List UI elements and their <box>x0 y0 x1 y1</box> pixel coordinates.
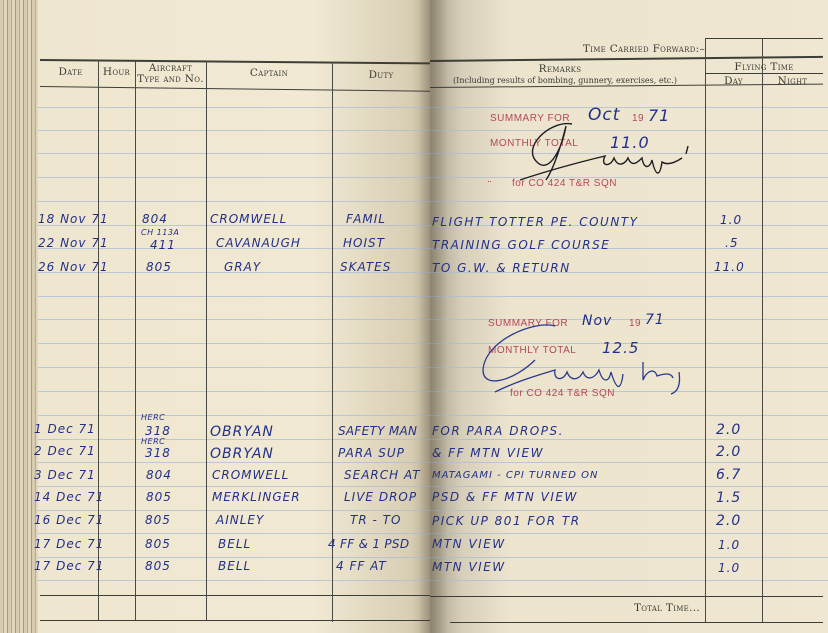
header-captain: Captain <box>206 68 332 79</box>
book-gutter <box>418 0 448 633</box>
rule-line <box>38 486 430 487</box>
entry-captain: CAVANAUGH <box>216 236 301 250</box>
entry-aircraft-no: 804 <box>142 212 168 226</box>
rule-line <box>430 533 828 534</box>
rule-line <box>430 439 828 440</box>
entry-duty: 4 FF & 1 PSD <box>328 537 409 551</box>
rule-line <box>38 557 430 558</box>
signature-icon <box>510 118 710 198</box>
header-hour: Hour <box>98 67 135 78</box>
rule-line <box>38 533 430 534</box>
entry-remarks: FOR PARA DROPS. <box>432 424 564 438</box>
rule-line <box>38 130 430 131</box>
entry-day-time: 11.0 <box>714 260 745 274</box>
entry-aircraft-no: 318 <box>145 446 171 460</box>
col-divider <box>98 60 99 620</box>
rule-line <box>38 580 430 581</box>
rule-line <box>38 153 430 154</box>
rule-line <box>38 177 430 178</box>
entry-date: 18 Nov 71 <box>38 212 109 226</box>
entry-date: 17 Dec 71 <box>34 537 104 551</box>
entry-remarks: TRAINING GOLF COURSE <box>432 238 610 252</box>
entry-day-time: .5 <box>725 236 738 250</box>
entry-day-time: 2.0 <box>716 513 741 529</box>
entry-remarks: & FF MTN VIEW <box>432 446 544 460</box>
entry-captain: OBRYAN <box>210 424 274 440</box>
entry-date: 17 Dec 71 <box>34 559 104 573</box>
col-divider <box>135 60 136 620</box>
entry-remarks: MATAGAMI - CPI TURNED ON <box>432 470 598 481</box>
entry-date: 22 Nov 71 <box>38 236 109 250</box>
footer-bottom-border <box>450 622 823 623</box>
header-remarks-sub: (Including results of bombing, gunnery, … <box>445 75 685 86</box>
entry-remarks: PSD & FF MTN VIEW <box>432 490 578 504</box>
entry-captain: BELL <box>218 559 251 573</box>
entry-duty: TR - TO <box>350 513 401 527</box>
header-date: Date <box>43 67 98 78</box>
rule-line <box>430 580 828 581</box>
rule-line <box>38 296 430 297</box>
time-carried-forward-label: Time Carried Forward:– <box>540 44 705 55</box>
entry-duty: SEARCH AT <box>344 468 421 482</box>
left-page: Date Hour Aircraft Type and No. Captain … <box>38 0 430 633</box>
entry-day-time: 1.5 <box>716 490 741 506</box>
rule-line <box>430 296 828 297</box>
header-day: Day <box>705 76 762 87</box>
entry-captain: GRAY <box>224 260 261 274</box>
entry-aircraft-no: 805 <box>145 513 171 527</box>
header-aircraft-sub: Type and No. <box>135 74 206 85</box>
entry-day-time: 1.0 <box>718 538 740 552</box>
entry-captain: CROMWELL <box>212 468 289 482</box>
flying-time-divider <box>705 73 823 74</box>
entry-date: 26 Nov 71 <box>38 260 109 274</box>
entry-aircraft-type: CH 113A <box>141 228 179 237</box>
footer-border <box>430 596 823 597</box>
entry-duty: LIVE DROP <box>344 490 417 504</box>
rule-line <box>38 343 430 344</box>
entry-captain: AINLEY <box>216 513 264 527</box>
rule-line <box>430 107 828 108</box>
rule-line <box>430 510 828 511</box>
rule-line <box>38 391 430 392</box>
rule-line <box>38 201 430 202</box>
col-divider <box>762 38 763 622</box>
entry-aircraft-no: 805 <box>145 559 171 573</box>
rule-line <box>430 462 828 463</box>
entry-captain: BELL <box>218 537 251 551</box>
entry-duty: PARA SUP <box>338 446 405 460</box>
header-night: Night <box>762 76 823 87</box>
entry-aircraft-type: HERC <box>141 437 165 446</box>
carried-forward-top-border <box>705 38 823 39</box>
page-edges <box>0 0 38 633</box>
entry-day-time: 2.0 <box>716 422 741 438</box>
entry-duty: FAMIL <box>346 212 386 226</box>
entry-aircraft-no: 411 <box>150 238 176 252</box>
right-page: Time Carried Forward:– Remarks (Includin… <box>430 0 828 633</box>
rule-line <box>38 415 430 416</box>
entry-aircraft-no: 805 <box>145 537 171 551</box>
entry-aircraft-no: 805 <box>146 260 172 274</box>
footer-bottom-border <box>40 620 430 621</box>
entry-day-time: 2.0 <box>716 444 741 460</box>
entry-aircraft-no: 805 <box>146 490 172 504</box>
entry-captain: OBRYAN <box>210 446 274 462</box>
entry-duty: HOIST <box>343 236 385 250</box>
entry-date: 1 Dec 71 <box>34 422 96 436</box>
entry-remarks: FLIGHT TOTTER PE. COUNTY <box>432 215 638 229</box>
entry-date: 2 Dec 71 <box>34 444 96 458</box>
entry-day-time: 6.7 <box>716 467 741 483</box>
entry-captain: MERKLINGER <box>212 490 301 504</box>
header-remarks: Remarks <box>460 64 660 75</box>
col-divider <box>206 61 207 621</box>
rule-line <box>430 415 828 416</box>
entry-day-time: 1.0 <box>718 561 740 575</box>
signature-icon <box>475 320 715 400</box>
entry-date: 16 Dec 71 <box>34 513 104 527</box>
header-flying-time: Flying Time <box>705 62 823 73</box>
rule-line <box>38 107 430 108</box>
entry-date: 3 Dec 71 <box>34 468 96 482</box>
entry-aircraft-type: HERC <box>141 413 165 422</box>
entry-duty: 4 FF AT <box>336 559 387 573</box>
rule-line <box>430 557 828 558</box>
rule-line <box>38 510 430 511</box>
logbook-spread: Date Hour Aircraft Type and No. Captain … <box>0 0 828 633</box>
header-duty: Duty <box>332 70 430 81</box>
entry-remarks: PICK UP 801 FOR TR <box>432 514 581 528</box>
entry-duty: SAFETY MAN <box>338 424 417 438</box>
rule-line <box>38 462 430 463</box>
rule-line <box>430 486 828 487</box>
entry-remarks: TO G.W. & RETURN <box>432 261 571 275</box>
entry-captain: CROMWELL <box>210 212 287 226</box>
entry-aircraft-no: 804 <box>146 468 172 482</box>
entry-day-time: 1.0 <box>720 213 742 227</box>
entry-duty: SKATES <box>340 260 391 274</box>
entry-date: 14 Dec 71 <box>34 490 104 504</box>
entry-aircraft-no: 318 <box>145 424 171 438</box>
rule-line <box>430 201 828 202</box>
total-time-label: Total Time... <box>570 603 700 614</box>
rule-line <box>38 367 430 368</box>
rule-line <box>38 319 430 320</box>
